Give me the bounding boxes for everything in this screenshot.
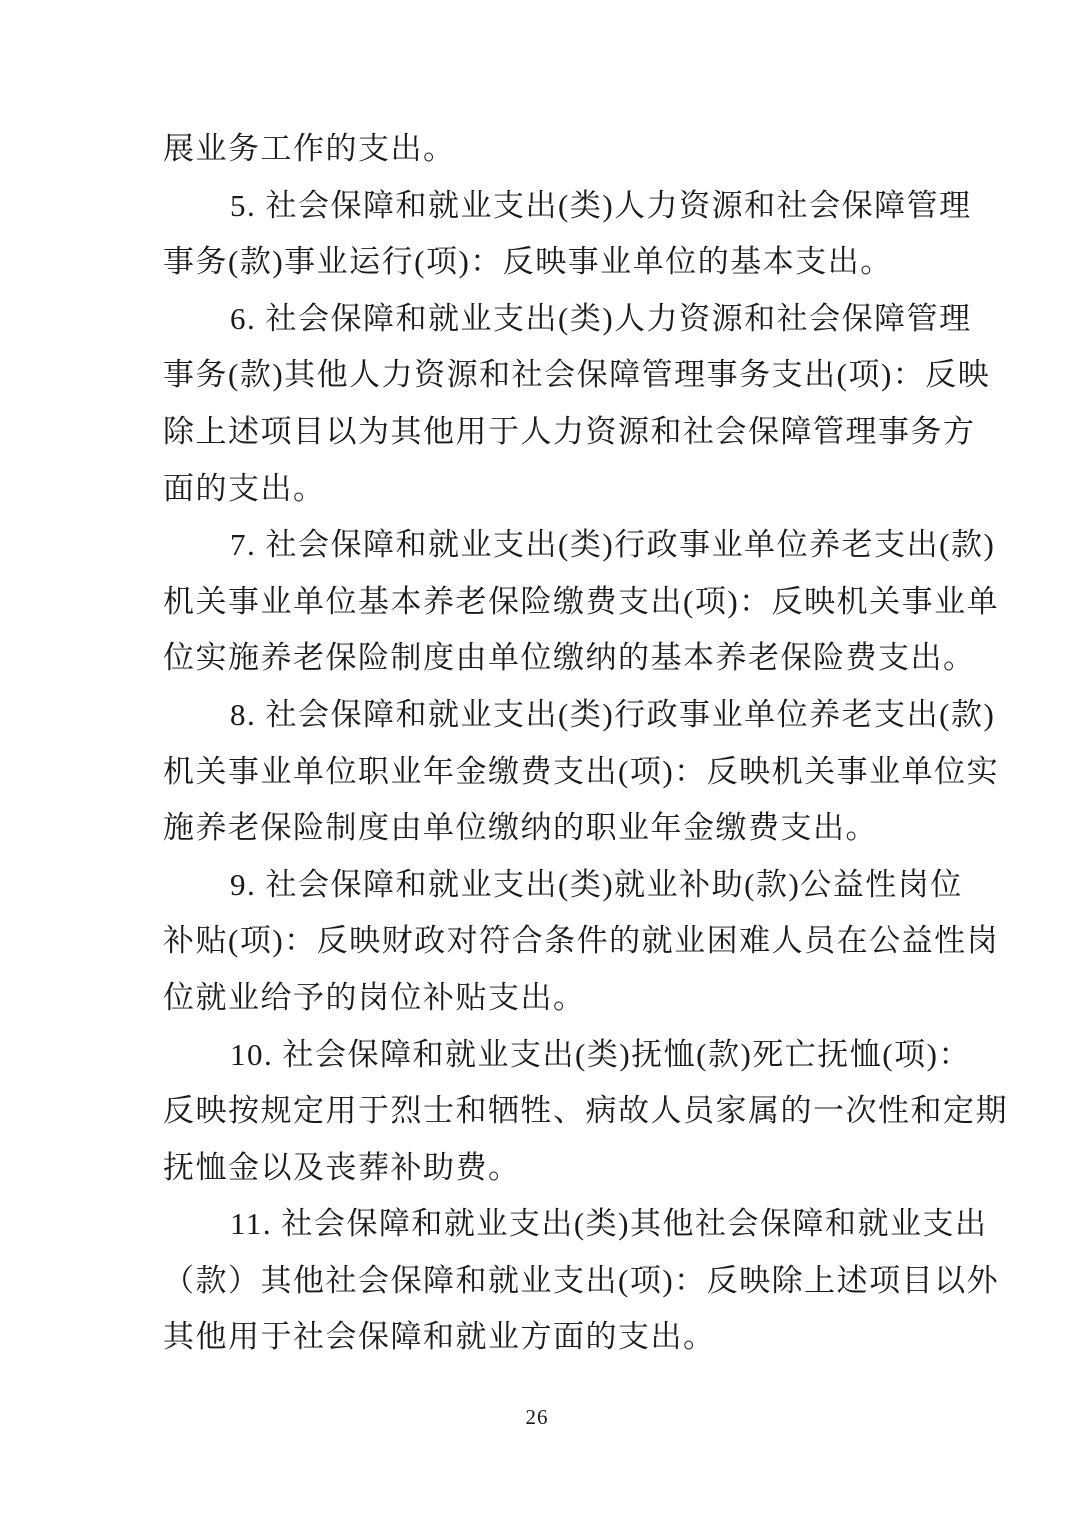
text-line: 6. 社会保障和就业支出(类)人力资源和社会保障管理	[163, 291, 915, 348]
text-line: 事务(款)其他人力资源和社会保障管理事务支出(项)：反映	[163, 347, 915, 404]
text-line: 机关事业单位基本养老保险缴费支出(项)：反映机关事业单	[163, 574, 915, 631]
text-line: 8. 社会保障和就业支出(类)行政事业单位养老支出(款)	[163, 687, 915, 744]
text-line: 位就业给予的岗位补贴支出。	[163, 970, 915, 1027]
text-line: 补贴(项)：反映财政对符合条件的就业困难人员在公益性岗	[163, 913, 915, 970]
text-line: 展业务工作的支出。	[163, 121, 915, 178]
page-number: 26	[0, 1405, 1074, 1430]
text-line: 5. 社会保障和就业支出(类)人力资源和社会保障管理	[163, 178, 915, 235]
text-line: （款）其他社会保障和就业支出(项)：反映除上述项目以外	[163, 1253, 915, 1310]
text-line: 7. 社会保障和就业支出(类)行政事业单位养老支出(款)	[163, 517, 915, 574]
text-line: 其他用于社会保障和就业方面的支出。	[163, 1309, 915, 1366]
text-line: 抚恤金以及丧葬补助费。	[163, 1140, 915, 1197]
document-body: 展业务工作的支出。5. 社会保障和就业支出(类)人力资源和社会保障管理事务(款)…	[163, 121, 915, 1366]
text-line: 除上述项目以为其他用于人力资源和社会保障管理事务方	[163, 404, 915, 461]
text-line: 事务(款)事业运行(项)：反映事业单位的基本支出。	[163, 234, 915, 291]
text-line: 10. 社会保障和就业支出(类)抚恤(款)死亡抚恤(项)：	[163, 1027, 915, 1084]
text-line: 9. 社会保障和就业支出(类)就业补助(款)公益性岗位	[163, 857, 915, 914]
document-page: 展业务工作的支出。5. 社会保障和就业支出(类)人力资源和社会保障管理事务(款)…	[0, 0, 1074, 1520]
text-line: 机关事业单位职业年金缴费支出(项)：反映机关事业单位实	[163, 744, 915, 801]
text-line: 反映按规定用于烈士和牺牲、病故人员家属的一次性和定期	[163, 1083, 915, 1140]
text-line: 施养老保险制度由单位缴纳的职业年金缴费支出。	[163, 800, 915, 857]
text-line: 位实施养老保险制度由单位缴纳的基本养老保险费支出。	[163, 630, 915, 687]
text-line: 面的支出。	[163, 461, 915, 518]
text-line: 11. 社会保障和就业支出(类)其他社会保障和就业支出	[163, 1196, 915, 1253]
